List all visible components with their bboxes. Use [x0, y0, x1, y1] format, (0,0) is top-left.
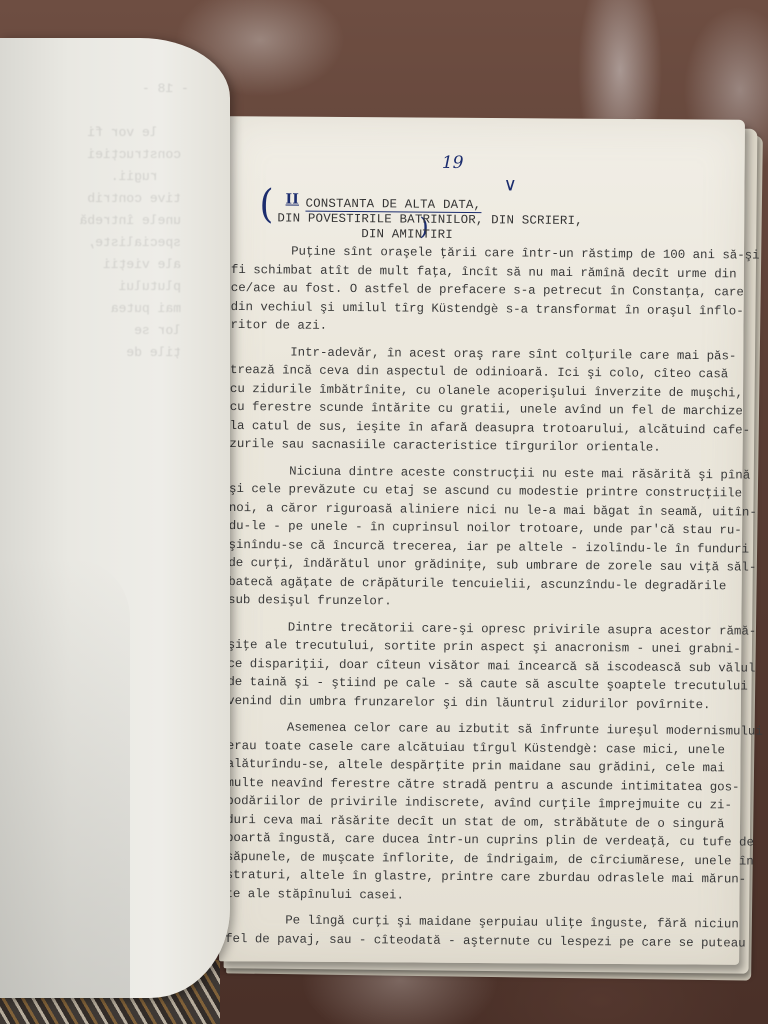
show-through-text: - 18 - le vor fi construcţiei rugii. tiv…	[20, 78, 220, 364]
heading-line-1: CONSTANTA DE ALTA DATA,	[305, 197, 481, 214]
facing-page: - 18 - le vor fi construcţiei rugii. tiv…	[0, 38, 230, 998]
body-text: Puţine sînt oraşele ţării care într-un r…	[225, 242, 731, 960]
paragraph: Dintre trecătorii care-şi opresc priviri…	[227, 617, 728, 714]
correction-mark-icon: ∨	[504, 176, 517, 195]
text-line: fel de pavaj, sau - cîteodată - aşternut…	[225, 929, 725, 952]
paragraph: Pe lîngă curţi şi maidane şerpuiau uliţe…	[225, 911, 725, 952]
chapter-numeral: II	[286, 192, 300, 207]
text-line: zurile sau sacnasiile caracteristice tîr…	[229, 435, 729, 458]
paragraph: Niciuna dintre aceste construcţii nu est…	[228, 461, 729, 613]
page-shadow	[0, 558, 130, 998]
text-line: venind din umbra frunzarelor şi din lăun…	[227, 691, 727, 714]
page-number: 19	[442, 154, 464, 173]
chapter-heading: II CONSTANTA DE ALTA DATA, DIN POVESTIRI…	[271, 196, 691, 245]
paragraph: Intr-adevăr, în acest oraş rare sînt col…	[229, 342, 730, 457]
paragraph: Puţine sînt oraşele ţării care într-un r…	[230, 242, 731, 339]
paragraph: Asemenea celor care au izbutit să înfrun…	[225, 718, 727, 907]
